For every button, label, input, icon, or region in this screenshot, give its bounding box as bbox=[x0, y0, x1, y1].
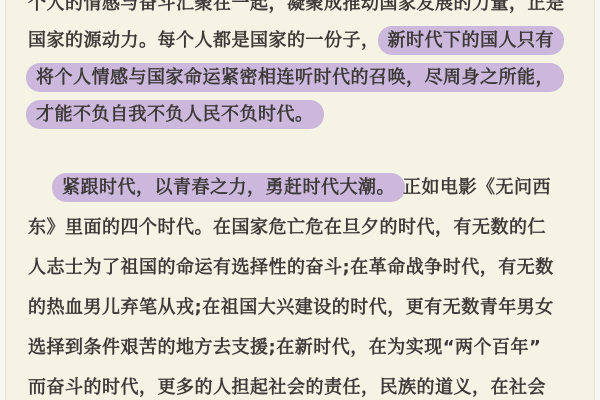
text-segment: 个人的情感与奋斗汇聚在一起，凝聚成推动国家发展的力量，正是 bbox=[28, 0, 565, 14]
text-line: 的热血男儿弃笔从戎;在祖国大兴建设的时代，更有无数青年男女 bbox=[28, 288, 572, 328]
text-line: 选择到条件艰苦的地方去支援;在新时代，在为实现“两个百年” bbox=[28, 328, 572, 368]
paragraph: 个人的情感与奋斗汇聚在一起，凝聚成推动国家发展的力量，正是国家的源动力。每个人都… bbox=[28, 0, 572, 133]
text-segment: 选择到条件艰苦的地方去支援;在新时代，在为实现“两个百年” bbox=[28, 337, 541, 358]
text-line: 人志士为了祖国的命运有选择性的奋斗;在革命战争时代，有无数 bbox=[28, 248, 572, 288]
essay-text: 个人的情感与奋斗汇聚在一起，凝聚成推动国家发展的力量，正是国家的源动力。每个人都… bbox=[0, 0, 600, 400]
text-line: 东》里面的四个时代。在国家危亡危在旦夕的时代，有无数的仁 bbox=[28, 208, 572, 248]
text-segment: 正如电影《无问西 bbox=[403, 177, 551, 198]
text-segment: 人志士为了祖国的命运有选择性的奋斗;在革命战争时代，有无数 bbox=[28, 257, 554, 278]
page-gutter-right bbox=[594, 0, 600, 400]
text-segment: 而奋斗的时代，更多的人担起社会的责任，民族的道义，在社会 bbox=[28, 377, 546, 398]
text-segment: 东》里面的四个时代。在国家危亡危在旦夕的时代，有无数的仁 bbox=[28, 217, 546, 238]
highlighted-text: 紧跟时代，以青春之力，勇赶时代大潮。 bbox=[52, 173, 405, 202]
highlighted-text: 新时代下的国人只有 bbox=[378, 26, 565, 55]
text-line: 个人的情感与奋斗汇聚在一起，凝聚成推动国家发展的力量，正是 bbox=[28, 0, 572, 22]
highlighted-text: 才能不负自我不负人民不负时代。 bbox=[26, 100, 324, 129]
essay-page: 个人的情感与奋斗汇聚在一起，凝聚成推动国家发展的力量，正是国家的源动力。每个人都… bbox=[0, 0, 600, 400]
text-line: 而奋斗的时代，更多的人担起社会的责任，民族的道义，在社会 bbox=[28, 368, 572, 400]
text-line: 将个人情感与国家命运紧密相连听时代的召唤，尽周身之所能， bbox=[28, 59, 572, 96]
text-line: 紧跟时代，以青春之力，勇赶时代大潮。正如电影《无问西 bbox=[28, 168, 572, 208]
text-segment: 的热血男儿弃笔从戎;在祖国大兴建设的时代，更有无数青年男女 bbox=[28, 297, 554, 318]
paragraph: 紧跟时代，以青春之力，勇赶时代大潮。正如电影《无问西东》里面的四个时代。在国家危… bbox=[28, 168, 572, 400]
highlighted-text: 将个人情感与国家命运紧密相连听时代的召唤，尽周身之所能， bbox=[26, 63, 564, 92]
text-segment: 国家的源动力。每个人都是国家的一份子， bbox=[28, 30, 380, 51]
page-gutter-left bbox=[0, 0, 6, 400]
text-line: 国家的源动力。每个人都是国家的一份子，新时代下的国人只有 bbox=[28, 22, 572, 59]
text-line: 才能不负自我不负人民不负时代。 bbox=[28, 96, 572, 133]
